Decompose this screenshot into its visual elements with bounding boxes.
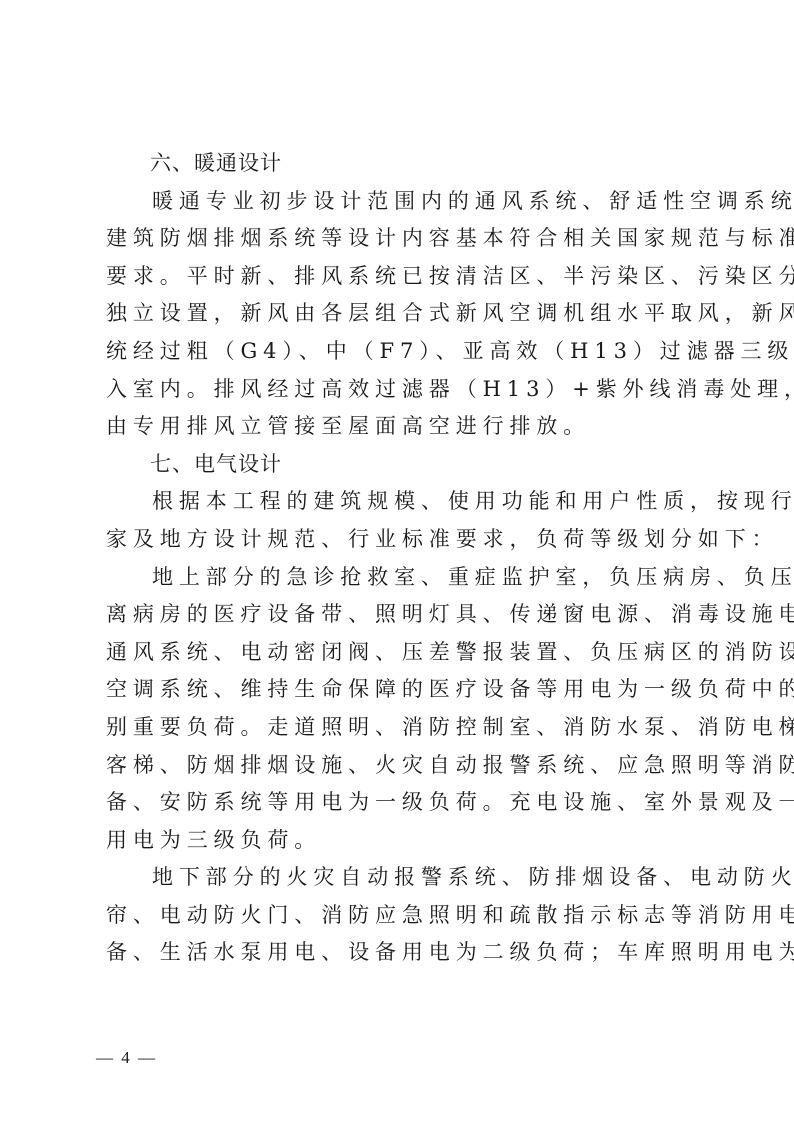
text-line: 客梯、防烟排烟设施、火灾自动报警系统、应急照明等消防设 — [106, 747, 680, 785]
page-number: — 4 — — [96, 1048, 157, 1068]
text-line: 暖通专业初步设计范围内的通风系统、舒适性空调系统、 — [106, 183, 680, 221]
section-heading-hvac: 六、暖通设计 — [106, 145, 680, 183]
text-line: 空调系统、维持生命保障的医疗设备等用电为一级负荷中的特 — [106, 671, 680, 709]
text-line: 统经过粗（G4）、中（F7）、亚高效（H13）过滤器三级处理送 — [106, 333, 680, 371]
section-heading-electrical: 七、电气设计 — [106, 446, 680, 484]
text-line: 入室内。排风经过高效过滤器（H13）+紫外线消毒处理，排风 — [106, 371, 680, 409]
text-line: 根据本工程的建筑规模、使用功能和用户性质，按现行国 — [106, 483, 680, 521]
text-line: 由专用排风立管接至屋面高空进行排放。 — [106, 408, 680, 446]
text-line: 地下部分的火灾自动报警系统、防排烟设备、电动防火卷 — [106, 859, 680, 897]
paragraph-load-classification-intro: 根据本工程的建筑规模、使用功能和用户性质，按现行国 家及地方设计规范、行业标准要… — [106, 483, 680, 558]
text-line: 别重要负荷。走道照明、消防控制室、消防水泵、消防电梯、 — [106, 709, 680, 747]
paragraph-hvac: 暖通专业初步设计范围内的通风系统、舒适性空调系统、 建筑防烟排烟系统等设计内容基… — [106, 183, 680, 446]
text-line: 离病房的医疗设备带、照明灯具、传递窗电源、消毒设施电源、 — [106, 596, 680, 634]
text-line: 家及地方设计规范、行业标准要求，负荷等级划分如下： — [106, 521, 680, 559]
text-line: 独立设置，新风由各层组合式新风空调机组水平取风，新风系 — [106, 295, 680, 333]
text-line: 要求。平时新、排风系统已按清洁区、半污染区、污染区分区 — [106, 258, 680, 296]
text-line: 通风系统、电动密闭阀、压差警报装置、负压病区的消防设备、 — [106, 634, 680, 672]
text-line: 备、生活水泵用电、设备用电为二级负荷；车库照明用电为二 — [106, 934, 680, 972]
document-page: 六、暖通设计 暖通专业初步设计范围内的通风系统、舒适性空调系统、 建筑防烟排烟系… — [106, 145, 680, 972]
paragraph-underground: 地下部分的火灾自动报警系统、防排烟设备、电动防火卷 帘、电动防火门、消防应急照明… — [106, 859, 680, 972]
text-line: 备、安防系统等用电为一级负荷。充电设施、室外景观及一般 — [106, 784, 680, 822]
text-line: 地上部分的急诊抢救室、重症监护室，负压病房、负压隔 — [106, 559, 680, 597]
text-line: 建筑防烟排烟系统等设计内容基本符合相关国家规范与标准的 — [106, 220, 680, 258]
paragraph-above-ground: 地上部分的急诊抢救室、重症监护室，负压病房、负压隔 离病房的医疗设备带、照明灯具… — [106, 559, 680, 860]
text-line: 用电为三级负荷。 — [106, 822, 680, 860]
text-line: 帘、电动防火门、消防应急照明和疏散指示标志等消防用电设 — [106, 897, 680, 935]
